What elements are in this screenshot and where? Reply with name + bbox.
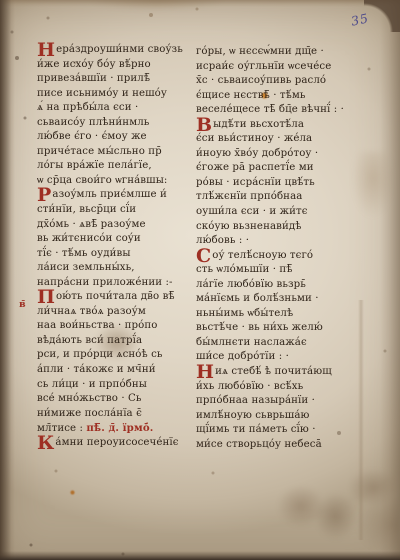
line-text: дх̄о́мь · ѧвѣ̄ разоу́ме: [37, 219, 146, 230]
text-line: є́щисе нєствѣ̄ · тѣ́мь: [196, 89, 354, 104]
stain: [266, 452, 400, 556]
line-text: ро́вы · исра́снїи цвѣ́ть: [196, 177, 315, 188]
line-text: ско́ую вьзненави́дѣ: [196, 221, 301, 232]
text-line: вь жи́тєнисо́и соу́и: [37, 232, 195, 247]
line-text: все́ мно́жьство · Сь: [37, 393, 142, 404]
line-text: ѡ ср̄ца свои́го ѡгна́вшы:: [37, 175, 167, 186]
line-text: тлѣ́жєнїи прпо́бнаа: [196, 191, 302, 202]
text-line: имлѣ́ноую сьврьша́ю: [196, 409, 354, 424]
text-line: и́же исхо́у бо́у вѣ́рно: [37, 58, 195, 73]
text-line: веселе́щесе тѣ̄ бц̄е вѣчнї́ : ·: [196, 103, 354, 118]
line-text: ми́се створьцо́у небеса̄: [196, 439, 322, 450]
line-text: привеза́вшїи · прилѣ̄: [37, 73, 150, 84]
line-text: наа вои́ньства · про́по: [37, 320, 158, 331]
text-line: Ка́мни пероуисосече́нїє: [37, 436, 195, 451]
text-line: Соу́ телѣ́сноую тєго́: [196, 249, 354, 264]
ink-spot: [70, 490, 75, 495]
stain: [352, 152, 394, 218]
text-line: рси, и про́рци ѧсно́ѣ сь: [37, 348, 195, 363]
line-text: є́гоже ра̄ распетї́е ми: [196, 162, 314, 173]
line-text: а́пли · та́кожє и мч̄ни́: [37, 364, 156, 375]
line-text: го́ры, ѡ нєсєѡ́мни дщ̄е ·: [196, 46, 324, 57]
line-text: оуши́ла єси · и жи́тє: [196, 206, 308, 217]
text-line: и́ноую х̄во́у добро́тоу ·: [196, 147, 354, 162]
manuscript-column-left: Нера́здроуши́нми своу́зьи́же исхо́у бо́у…: [37, 43, 195, 450]
line-text: ни́миже посла́нїа є̄: [37, 408, 142, 419]
text-line: вьстѣ́че · вь ни́хь желю́: [196, 321, 354, 336]
text-line: дх̄о́мь · ѧвѣ̄ разоу́ме: [37, 218, 195, 233]
line-text: є́си вьи́стиноу · же́ла: [196, 133, 312, 144]
line-text: х̄с · сьваисоу́пивь расло́: [196, 75, 326, 86]
text-line: ми́се створьцо́у небеса̄: [196, 438, 354, 453]
stain: [92, 0, 222, 10]
page-edge-left: [0, 0, 15, 560]
text-line: ѧ́ на прѣбы́ла єси ·: [37, 101, 195, 116]
text-line: бы́млнєти наслажа́є: [196, 336, 354, 351]
line-text: ыдѣ́ти вьсхотѣ́ла: [213, 119, 304, 130]
text-line: вѣда́ють вси́ патрї́а: [37, 334, 195, 349]
line-text: ма́нїємь и болѣ́зньми ·: [196, 293, 319, 304]
text-line: го́ры, ѡ нєсєѡ́мни дщ̄е ·: [196, 45, 354, 60]
manuscript-page-photo: Нера́здроуши́нми своу́зьи́же исхо́у бо́у…: [0, 0, 400, 560]
line-text: и́ноую х̄во́у добро́тоу ·: [196, 148, 318, 159]
line-text: ера́здроуши́нми своу́зь: [56, 44, 183, 55]
line-text: сьваисо́у плѣни́нмль: [37, 117, 149, 128]
parchment-specks: [0, 0, 2, 2]
rubric-initial: К: [37, 432, 54, 454]
text-line: тї́є · тѣ́мь оуди́вы: [37, 247, 195, 262]
text-line: и́хь любо́вїю · всѣ́хь: [196, 380, 354, 395]
page-crease: [358, 300, 364, 540]
text-line: привеза́вшїи · прилѣ̄: [37, 72, 195, 87]
marginal-mark: в̄: [19, 299, 26, 310]
text-line: є́гоже ра̄ распетї́е ми: [196, 161, 354, 176]
text-line: ско́ую вьзненави́дѣ: [196, 220, 354, 235]
line-text: писе исьнимо́у и нешо́у: [37, 88, 167, 99]
line-text: ла́гїе любо́вїю вьзрь̄: [196, 279, 306, 290]
line-text: ньны́имь ѡбы́телѣ: [196, 308, 293, 319]
text-line: прпо́бнаа назыра́нїи ·: [196, 394, 354, 409]
text-line: ла́иси земльны́хь,: [37, 261, 195, 276]
manuscript-column-right: го́ры, ѡ нєсєѡ́мни дщ̄е ·исраи́є оу́гльн…: [196, 45, 354, 452]
line-text: рси, и про́рци ѧсно́ѣ сь: [37, 349, 163, 360]
line-text: тї́є · тѣ́мь оуди́вы: [37, 248, 131, 259]
line-text: сть ѡло́мьшїи · пѣ̄: [196, 264, 293, 275]
text-line: наа вои́ньства · про́по: [37, 319, 195, 334]
line-text: а́мни пероуисосече́нїє: [55, 437, 178, 448]
text-line: Ниѧ стебѣ́ ѣ почита́ющ: [196, 365, 354, 380]
text-line: приче́тасе мы́сльно пр̄: [37, 145, 195, 160]
line-text: щї́имь ти па́меть сї́ю ·: [196, 424, 316, 435]
text-line: ла́гїе любо́вїю вьзрь̄: [196, 278, 354, 293]
line-text: ли́чнаѧ тво́ѧ разоу́м: [37, 306, 146, 317]
text-line: х̄с · сьваисоу́пивь расло́: [196, 74, 354, 89]
text-line: сти́нїи, вьср̄ци сї́и: [37, 203, 195, 218]
text-line: ло́гы вра́жїе пела́гїе,: [37, 159, 195, 174]
line-text: бы́млнєти наслажа́є: [196, 337, 307, 348]
text-line: Нера́здроуши́нми своу́зь: [37, 43, 195, 58]
line-text: лю́бве є́го · є́моу же: [37, 131, 147, 142]
line-text: приче́тасе мы́сльно пр̄: [37, 146, 162, 157]
text-line: исраи́є оу́гльнїи ѡсече́се: [196, 60, 354, 75]
text-line: Разоу́мль приє́млше и́: [37, 188, 195, 203]
text-line: ньны́имь ѡбы́телѣ: [196, 307, 354, 322]
line-text: имлѣ́ноую сьврьша́ю: [196, 410, 310, 421]
page-edge-bottom: [0, 551, 400, 560]
line-text: веселе́щесе тѣ̄ бц̄е вѣчнї́ : ·: [196, 104, 344, 115]
rubric-text: пѣ̄. д̄. їрмо̄́.: [86, 422, 153, 434]
line-text: и́хь любо́вїю · всѣ́хь: [196, 381, 303, 392]
line-text: вьстѣ́че · вь ни́хь желю́: [196, 322, 323, 333]
text-line: Пою́ть почи́тала дв̄о вѣ̄: [37, 290, 195, 305]
line-text: ло́гы вра́жїе пела́гїе,: [37, 160, 152, 171]
line-text: иѧ стебѣ́ ѣ почита́ющ: [215, 366, 332, 377]
line-text: сти́нїи, вьср̄ци сї́и: [37, 204, 136, 215]
text-line: все́ мно́жьство · Сь: [37, 392, 195, 407]
line-text: вѣда́ють вси́ патрї́а: [37, 335, 142, 346]
text-line: лю́бве є́го · є́моу же: [37, 130, 195, 145]
line-text: сь ли́ци · и прпо́бны: [37, 379, 147, 390]
text-line: ро́вы · исра́снїи цвѣ́ть: [196, 176, 354, 191]
text-line: а́пли · та́кожє и мч̄ни́: [37, 363, 195, 378]
line-text: вь жи́тєнисо́и соу́и: [37, 233, 141, 244]
text-line: лю́бовь : ·: [196, 234, 354, 249]
page-edge-top: [0, 0, 400, 7]
text-line: ѡ ср̄ца свои́го ѡгна́вшы:: [37, 174, 195, 189]
text-line: напра́сни приложе́нии :-: [37, 276, 195, 291]
text-line: є́си вьи́стиноу · же́ла: [196, 132, 354, 147]
text-line: тлѣ́жєнїи прпо́бнаа: [196, 190, 354, 205]
line-text: ла́иси земльны́хь,: [37, 262, 135, 273]
line-text: оу́ телѣ́сноую тєго́: [212, 250, 313, 261]
text-line: оуши́ла єси · и жи́тє: [196, 205, 354, 220]
line-text: исраи́є оу́гльнїи ѡсече́се: [196, 61, 331, 72]
text-line: ли́чнаѧ тво́ѧ разоу́м: [37, 305, 195, 320]
line-text: прпо́бнаа назыра́нїи ·: [196, 395, 315, 406]
page-corner-topright: [364, 0, 400, 32]
text-line: сьваисо́у плѣни́нмль: [37, 116, 195, 131]
line-text: ою́ть почи́тала дв̄о вѣ̄: [56, 291, 175, 302]
text-line: щї́имь ти па́меть сї́ю ·: [196, 423, 354, 438]
line-text: напра́сни приложе́нии :-: [37, 277, 173, 288]
page-edge-right: [380, 0, 400, 560]
line-text: є́щисе нєствѣ̄ · тѣ́мь: [196, 90, 306, 101]
folio-number: 35: [350, 10, 371, 28]
text-line: Выдѣ́ти вьсхотѣ́ла: [196, 118, 354, 133]
text-line: ши́се добро́тїи : ·: [196, 350, 354, 365]
text-line: сть ѡло́мьшїи · пѣ̄: [196, 263, 354, 278]
text-line: писе исьнимо́у и нешо́у: [37, 87, 195, 102]
line-text: азоу́мль приє́млше и́: [52, 189, 166, 200]
line-text: и́же исхо́у бо́у вѣ́рно: [37, 59, 151, 70]
text-line: мл̄тисе : пѣ̄. д̄. їрмо̄́.: [37, 421, 195, 436]
text-line: сь ли́ци · и прпо́бны: [37, 378, 195, 393]
text-line: ма́нїємь и болѣ́зньми ·: [196, 292, 354, 307]
text-line: ни́миже посла́нїа є̄: [37, 407, 195, 422]
line-text: ѧ́ на прѣбы́ла єси ·: [37, 102, 138, 113]
